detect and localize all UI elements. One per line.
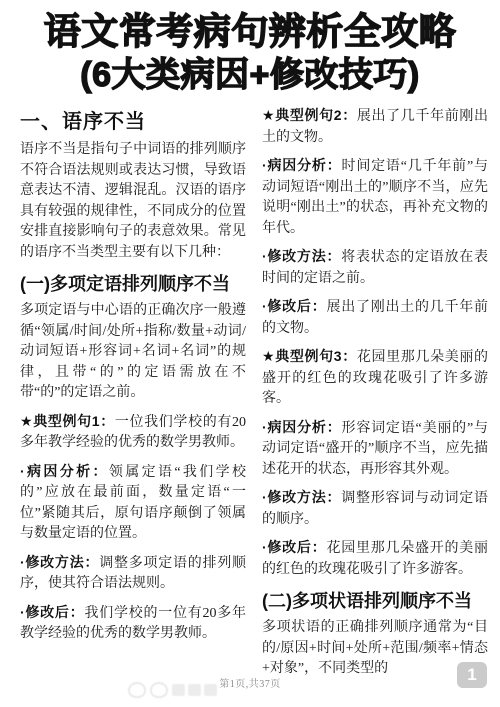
method-1-label: 修改方法： bbox=[25, 554, 100, 570]
revised-3-label: 修改后： bbox=[267, 539, 327, 555]
title-line-2: (6大类病因+修改技巧) bbox=[0, 56, 500, 95]
subsection-2-heading: (二)多项状语排列顺序不当 bbox=[262, 587, 488, 613]
revised-1-label: 修改后： bbox=[25, 604, 85, 620]
title-line-1: 语文常考病句辨析全攻略 bbox=[0, 8, 500, 56]
subsection-1-intro-paragraph: 多项定语与中心语的正确次序一般遵循“领属/时间/处所+指称/数量+动词/动词短语… bbox=[20, 301, 246, 404]
example-2-label: 典型例句2： bbox=[275, 107, 357, 123]
revised-1-paragraph: ·修改后：我们学校的一位有20多年教学经验的优秀的数学男教师。 bbox=[20, 602, 246, 645]
example-1-paragraph: ★典型例句1：一位我们学校的有20多年教学经验的优秀的数学男教师。 bbox=[20, 411, 246, 454]
analysis-3-label: 病因分析： bbox=[267, 419, 342, 435]
method-1-paragraph: ·修改方法：调整多项定语的排列顺序，使其符合语法规则。 bbox=[20, 552, 246, 595]
example-3-label: 典型例句3： bbox=[275, 348, 357, 364]
star-icon: ★ bbox=[262, 107, 275, 123]
method-2-paragraph: ·修改方法：将表状态的定语放在表时间的定语之前。 bbox=[262, 246, 488, 289]
analysis-1-paragraph: ·病因分析：领属定语“我们学校的”应放在最前面，数量定语“一位”紧随其后，原句语… bbox=[20, 461, 246, 545]
revised-2-paragraph: ·修改后：展出了刚出土的几千年前的文物。 bbox=[262, 296, 488, 339]
analysis-1-label: 病因分析： bbox=[25, 463, 109, 479]
example-1-label: 典型例句1： bbox=[33, 413, 115, 429]
star-icon: ★ bbox=[20, 413, 33, 429]
document-page: 语文常考病句辨析全攻略 (6大类病因+修改技巧) 一、语序不当 语序不当是指句子… bbox=[0, 0, 500, 707]
revised-2-label: 修改后： bbox=[267, 298, 327, 314]
example-2-paragraph: ★典型例句2：展出了几千年前刚出土的文物。 bbox=[262, 105, 488, 148]
subsection-2-intro-paragraph: 多项状语的正确排列顺序通常为“目的/原因+时间+处所+范围/频率+情态+对象”，… bbox=[262, 618, 488, 680]
page-title: 语文常考病句辨析全攻略 (6大类病因+修改技巧) bbox=[0, 0, 500, 95]
method-2-label: 修改方法： bbox=[267, 248, 342, 264]
left-column: 一、语序不当 语序不当是指句子中词语的排列顺序不符合语法规则或表达习惯，导致语意… bbox=[20, 103, 246, 682]
section-intro-paragraph: 语序不当是指句子中词语的排列顺序不符合语法规则或表达习惯，导致语意表达不清、逻辑… bbox=[20, 140, 246, 263]
example-3-paragraph: ★典型例句3：花园里那几朵美丽的盛开的红色的玫瑰花吸引了许多游客。 bbox=[262, 346, 488, 410]
revised-3-paragraph: ·修改后：花园里那几朵盛开的美丽的红色的玫瑰花吸引了许多游客。 bbox=[262, 537, 488, 580]
star-icon: ★ bbox=[262, 348, 275, 364]
analysis-2-label: 病因分析： bbox=[267, 157, 342, 173]
method-3-paragraph: ·修改方法：调整形容词与动词定语的顺序。 bbox=[262, 487, 488, 530]
page-index-badge: 1 bbox=[457, 662, 487, 688]
method-3-label: 修改方法： bbox=[267, 489, 342, 505]
page-number-footer: 第1页,共37页 bbox=[0, 675, 500, 690]
subsection-1-heading: (一)多项定语排列顺序不当 bbox=[20, 270, 246, 296]
section-heading: 一、语序不当 bbox=[20, 105, 246, 134]
analysis-3-paragraph: ·病因分析：形容词定语“美丽的”与动词定语“盛开的”顺序不当，应先描述花开的状态… bbox=[262, 417, 488, 481]
two-column-body: 一、语序不当 语序不当是指句子中词语的排列顺序不符合语法规则或表达习惯，导致语意… bbox=[0, 95, 500, 682]
right-column: ★典型例句2：展出了几千年前刚出土的文物。 ·病因分析：时间定语“几千年前”与动… bbox=[262, 103, 488, 682]
analysis-2-paragraph: ·病因分析：时间定语“几千年前”与动词短语“刚出土的”顺序不当，应先说明“刚出土… bbox=[262, 155, 488, 239]
